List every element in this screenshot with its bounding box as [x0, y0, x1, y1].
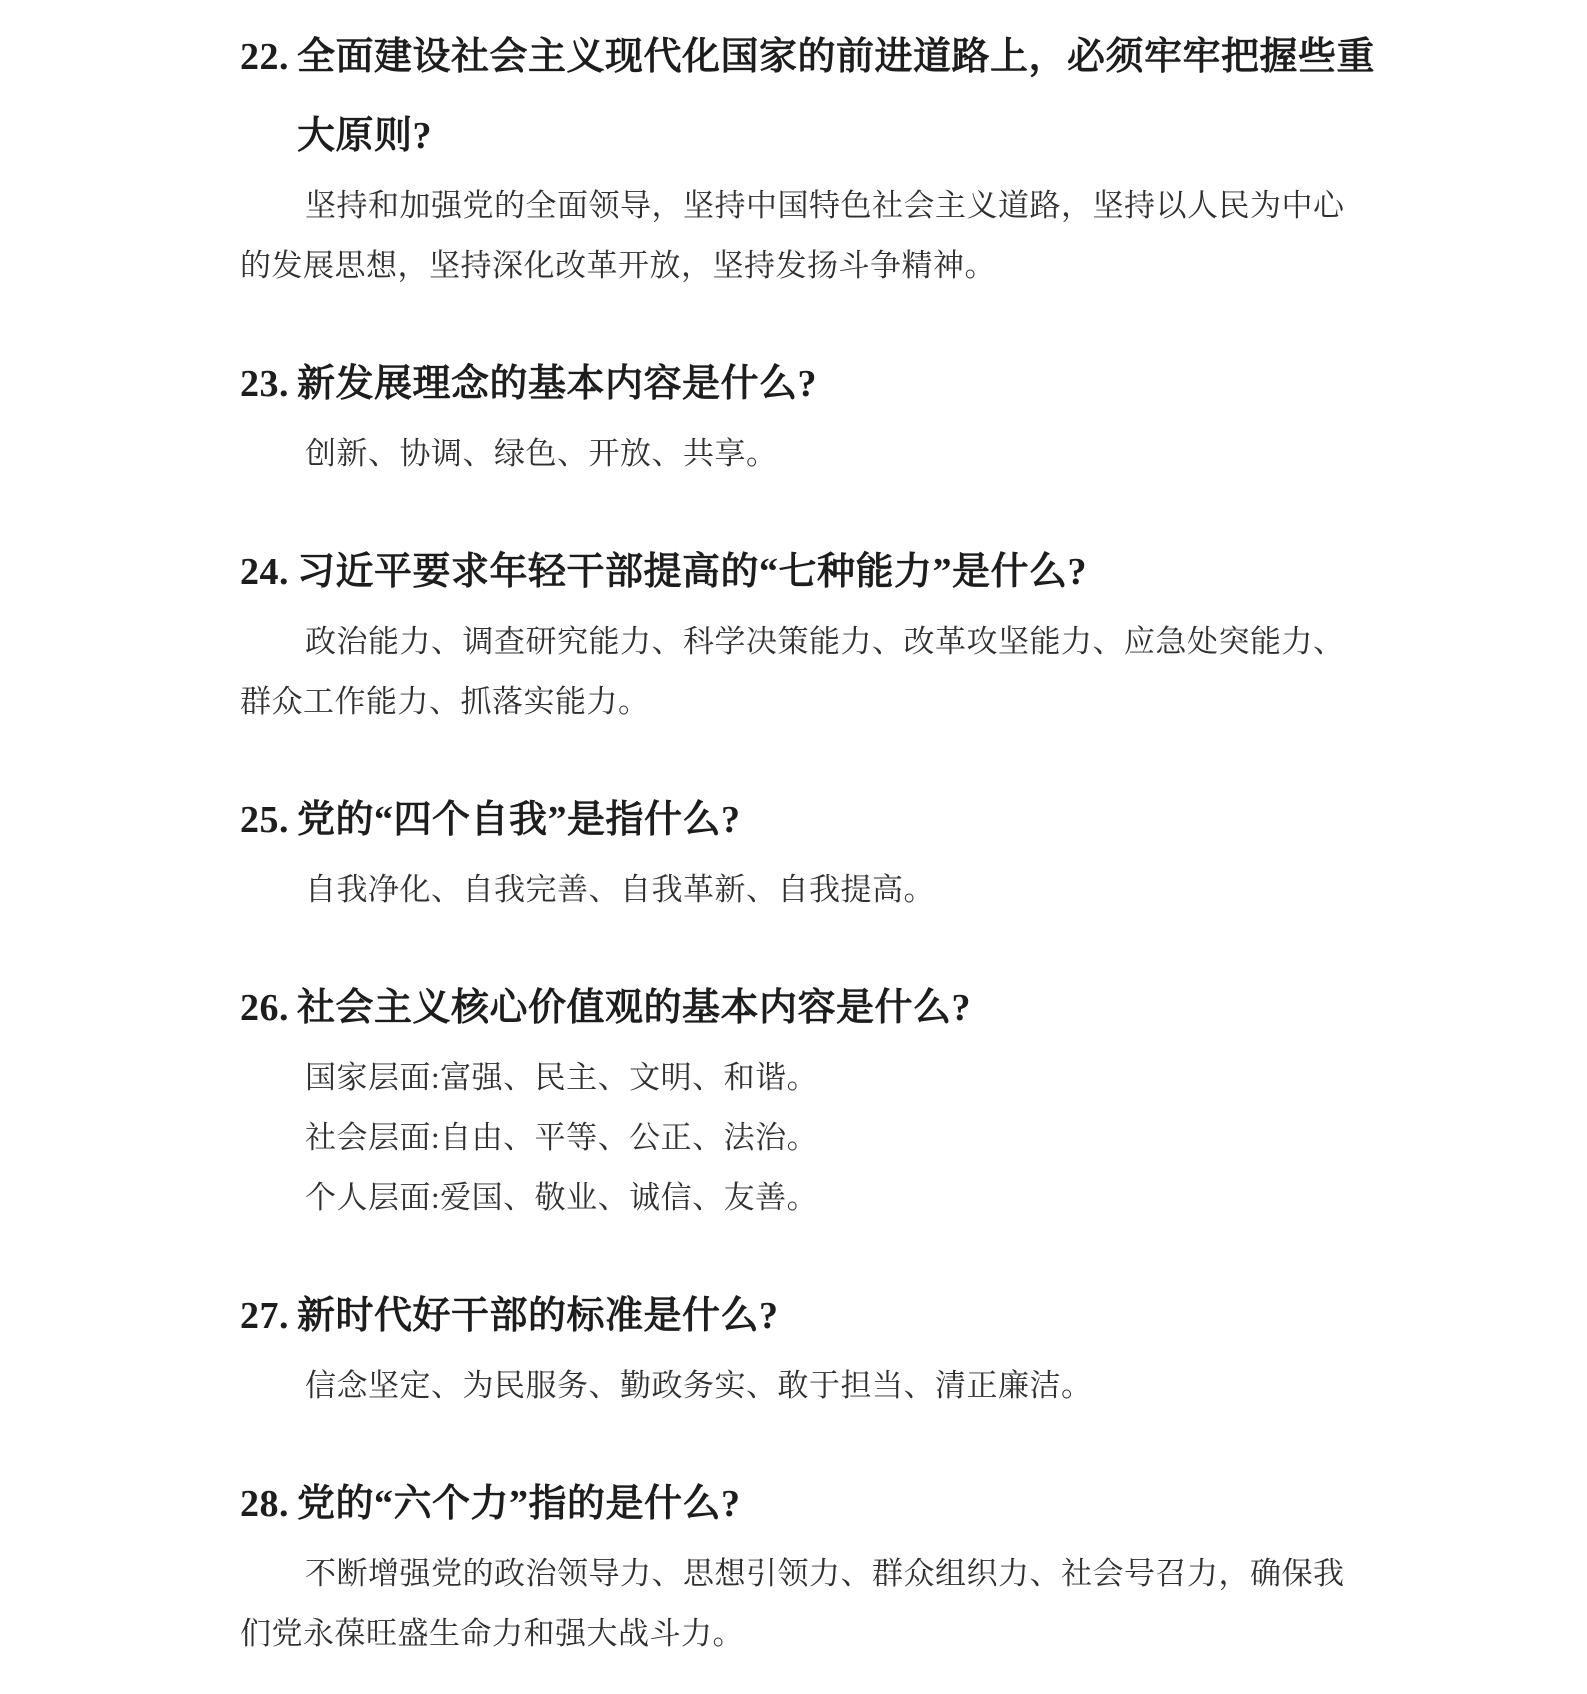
question-text: 新时代好干部的标准是什么?: [297, 1295, 779, 1337]
answer-line: 自我净化、自我完善、自我革新、自我提高。: [305, 860, 1587, 920]
qa-item-27: 27.新时代好干部的标准是什么? 信念坚定、为民服务、勤政务实、敢于担当、清正廉…: [240, 1277, 1587, 1416]
question-text: 全面建设社会主义现代化国家的前进道路上，必须牢牢把握些重: [297, 36, 1375, 78]
answer-line: 的发展思想，坚持深化改革开放，坚持发扬斗争精神。: [240, 236, 1587, 296]
question-number: 24.: [240, 533, 297, 612]
question-line: 25.党的“四个自我”是指什么?: [240, 781, 1587, 860]
question-line: 22.全面建设社会主义现代化国家的前进道路上，必须牢牢把握些重: [240, 18, 1587, 97]
qa-item-25: 25.党的“四个自我”是指什么? 自我净化、自我完善、自我革新、自我提高。: [240, 781, 1587, 920]
question-line: 27.新时代好干部的标准是什么?: [240, 1277, 1587, 1356]
question-text: 新发展理念的基本内容是什么?: [297, 363, 817, 405]
qa-item-26: 26.社会主义核心价值观的基本内容是什么? 国家层面:富强、民主、文明、和谐。 …: [240, 969, 1587, 1228]
question-number: 23.: [240, 345, 297, 424]
question-text: 社会主义核心价值观的基本内容是什么?: [297, 987, 971, 1029]
question-number: 22.: [240, 18, 297, 97]
answer-line: 信念坚定、为民服务、勤政务实、敢于担当、清正廉洁。: [305, 1356, 1587, 1416]
document-page: 22.全面建设社会主义现代化国家的前进道路上，必须牢牢把握些重 大原则? 坚持和…: [0, 0, 1587, 1694]
answer-line: 个人层面:爱国、敬业、诚信、友善。: [305, 1168, 1587, 1228]
qa-item-23: 23.新发展理念的基本内容是什么? 创新、协调、绿色、开放、共享。: [240, 345, 1587, 484]
question-number: 28.: [240, 1465, 297, 1544]
question-line: 28.党的“六个力”指的是什么?: [240, 1465, 1587, 1544]
qa-item-22: 22.全面建设社会主义现代化国家的前进道路上，必须牢牢把握些重 大原则? 坚持和…: [240, 18, 1587, 296]
answer-line: 不断增强党的政治领导力、思想引领力、群众组织力、社会号召力，确保我: [305, 1544, 1587, 1604]
question-line: 23.新发展理念的基本内容是什么?: [240, 345, 1587, 424]
qa-item-28: 28.党的“六个力”指的是什么? 不断增强党的政治领导力、思想引领力、群众组织力…: [240, 1465, 1587, 1664]
question-number: 26.: [240, 969, 297, 1048]
qa-item-24: 24.习近平要求年轻干部提高的“七种能力”是什么? 政治能力、调查研究能力、科学…: [240, 533, 1587, 732]
question-number: 25.: [240, 781, 297, 860]
question-line: 24.习近平要求年轻干部提高的“七种能力”是什么?: [240, 533, 1587, 612]
question-text: 党的“六个力”指的是什么?: [297, 1483, 741, 1525]
question-number: 27.: [240, 1277, 297, 1356]
answer-line: 群众工作能力、抓落实能力。: [240, 672, 1587, 732]
question-line: 大原则?: [297, 97, 1587, 176]
answer-line: 们党永葆旺盛生命力和强大战斗力。: [240, 1604, 1587, 1664]
answer-line: 社会层面:自由、平等、公正、法治。: [305, 1108, 1587, 1168]
question-text: 习近平要求年轻干部提高的“七种能力”是什么?: [297, 551, 1087, 593]
answer-line: 坚持和加强党的全面领导，坚持中国特色社会主义道路，坚持以人民为中心: [305, 176, 1587, 236]
question-text: 党的“四个自我”是指什么?: [297, 799, 741, 841]
question-line: 26.社会主义核心价值观的基本内容是什么?: [240, 969, 1587, 1048]
answer-line: 创新、协调、绿色、开放、共享。: [305, 424, 1587, 484]
answer-line: 国家层面:富强、民主、文明、和谐。: [305, 1048, 1587, 1108]
answer-line: 政治能力、调查研究能力、科学决策能力、改革攻坚能力、应急处突能力、: [305, 612, 1587, 672]
